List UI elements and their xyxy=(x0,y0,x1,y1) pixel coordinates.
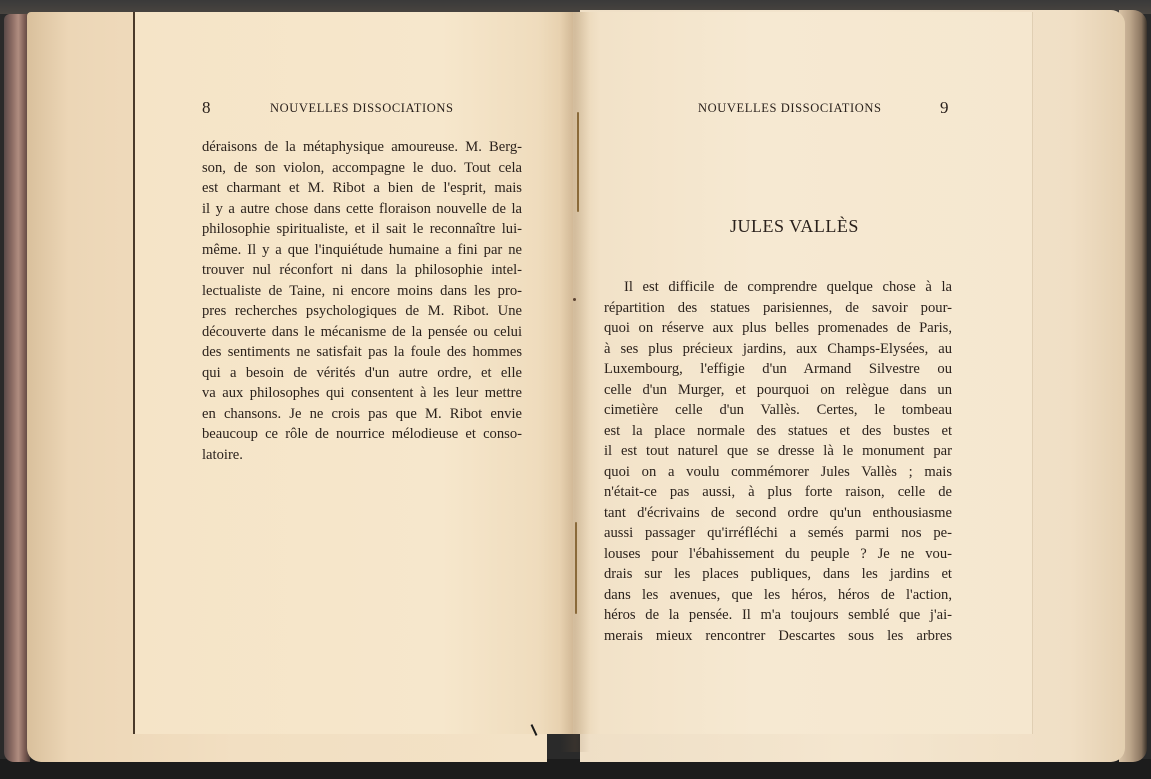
text-line: pres recherches psychologiques de M. Rib… xyxy=(202,301,522,322)
text-line: philosophie spiritualiste, et il sait le… xyxy=(202,219,522,240)
text-line: répartition des statues parisiennes, de … xyxy=(604,298,952,319)
text-line: en chansons. Je ne crois pas que M. Ribo… xyxy=(202,404,522,425)
text-line: qui a besoin de vérités d'un autre ordre… xyxy=(202,363,522,384)
text-line: héros de la pensée. Il m'a toujours semb… xyxy=(604,605,952,626)
text-line: lectualiste de Taine, ni encore moins da… xyxy=(202,281,522,302)
page-number-right: 9 xyxy=(940,98,949,118)
text-line: son, de son violon, accompagne le duo. T… xyxy=(202,158,522,179)
binding-stitch xyxy=(575,522,577,614)
text-line: est charmant et M. Ribot a bien de l'esp… xyxy=(202,178,522,199)
text-line: merais mieux rencontrer Descartes sous l… xyxy=(604,626,952,647)
text-line: cimetière celle d'un Vallès. Certes, le … xyxy=(604,400,952,421)
text-line: trouver nul réconfort ni dans la philoso… xyxy=(202,260,522,281)
text-line: beaucoup ce rôle de nourrice mélodieuse … xyxy=(202,424,522,445)
text-line: Luxembourg, l'effigie d'un Armand Silves… xyxy=(604,359,952,380)
backdrop-bottom xyxy=(0,759,1151,779)
running-head-right: NOUVELLES DISSOCIATIONS xyxy=(698,101,882,116)
left-page-body: déraisons de la métaphysique amoureuse. … xyxy=(202,137,522,465)
right-page-body: Il est difficile de comprendre quelque c… xyxy=(604,277,952,646)
text-line: celle d'un Murger, et pourquoi on relègu… xyxy=(604,380,952,401)
paper-fleck xyxy=(573,298,576,301)
text-line: louses pour l'ébahissement du peuple ? J… xyxy=(604,544,952,565)
text-line: déraisons de la métaphysique amoureuse. … xyxy=(202,137,522,158)
text-line: drais sur les places publiques, dans les… xyxy=(604,564,952,585)
text-line: il y a autre chose dans cette floraison … xyxy=(202,199,522,220)
running-head-left: NOUVELLES DISSOCIATIONS xyxy=(270,101,454,116)
binding-stitch xyxy=(577,112,579,212)
text-line: va aux philosophes qui consentent à les … xyxy=(202,383,522,404)
text-line: latoire. xyxy=(202,445,522,466)
text-line: découverte dans le mécanisme de la pensé… xyxy=(202,322,522,343)
text-line: il est tout naturel que se dresse là le … xyxy=(604,441,952,462)
chapter-title: JULES VALLÈS xyxy=(730,216,859,237)
text-line: tant d'écrivains de second ordre qu'un e… xyxy=(604,503,952,524)
text-line: est la place normale des statues et des … xyxy=(604,421,952,442)
text-line: à ses plus précieux jardins, aux Champs-… xyxy=(604,339,952,360)
text-line: Il est difficile de comprendre quelque c… xyxy=(604,277,952,298)
text-line: aussi passager qu'irréfléchi a semés par… xyxy=(604,523,952,544)
text-line: dans les avenues, que les héros, héros d… xyxy=(604,585,952,606)
text-line: quoi on a voulu commémorer Jules Vallès … xyxy=(604,462,952,483)
text-line: n'était-ce pas aussi, à plus forte raiso… xyxy=(604,482,952,503)
text-line: des sentiments ne satisfait pas la foule… xyxy=(202,342,522,363)
page-number-left: 8 xyxy=(202,98,211,118)
text-line: quoi on réserve aux plus belles promenad… xyxy=(604,318,952,339)
text-line: même. Il y a que l'inquiétude humaine a … xyxy=(202,240,522,261)
